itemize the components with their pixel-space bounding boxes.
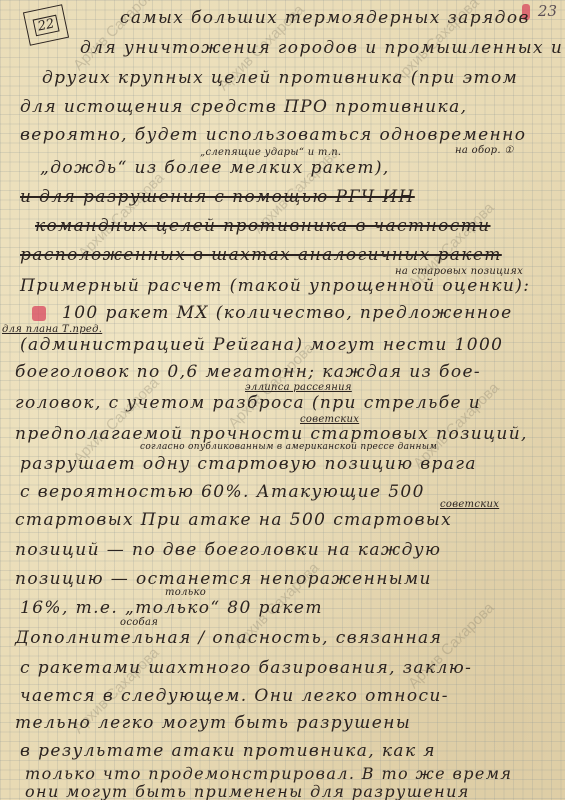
text-line: тельно легко могут быть разрушены: [15, 713, 411, 733]
text-line: позицию — останется непораженными: [15, 569, 432, 589]
text-line: для истощения средств ПРО противника,: [20, 97, 467, 117]
manuscript-page: Архив Сахарова Архив Сахарова Архив Саха…: [0, 0, 565, 800]
text-line: позиций — по две боеголовки на каждую: [15, 540, 441, 560]
struck-text-line: и для разрушения с помощью РГЧ ИН: [20, 187, 415, 207]
insertion-note: только: [165, 587, 206, 598]
text-line: головок, с учетом разброса (при стрельбе…: [15, 393, 481, 413]
insertion-note: эллипса рассеяния: [245, 382, 352, 393]
insertion-note: для плана Т.пред.: [2, 324, 102, 335]
text-line: только что продемонстрировал. В то же вр…: [25, 764, 512, 783]
text-line: Примерный расчет (такой упрощенной оценк…: [20, 276, 530, 296]
insertion-note: советских: [440, 499, 499, 510]
insertion-note: „слепящие удары“ и т.п.: [200, 147, 341, 158]
text-line: 100 ракет МХ (количество, предложенное: [62, 303, 513, 323]
text-line: с ракетами шахтного базирования, заклю-: [20, 658, 472, 678]
pink-stamp-mark: [32, 306, 46, 321]
text-line: предполагаемой прочности стартовых позиц…: [15, 424, 528, 444]
insertion-note: согласно опубликованным в американской п…: [140, 442, 437, 452]
text-line: боеголовок по 0,6 мегатонн; каждая из бо…: [15, 362, 481, 382]
text-line: Дополнительная / опасность, связанная: [15, 628, 442, 648]
boxed-page-number: 22: [23, 4, 69, 46]
struck-text-line: командных целей противника в частности: [35, 216, 491, 236]
page-number-text: 22: [32, 14, 60, 36]
struck-text-line: расположенных в шахтах аналогичных ракет: [20, 245, 502, 265]
text-line: самых больших термоядерных зарядов: [120, 8, 530, 28]
text-line: 16%, т.е. „только“ 80 ракет: [20, 598, 323, 618]
text-line: стартовых При атаке на 500 стартовых: [15, 510, 452, 530]
text-line: с вероятностью 60%. Атакующие 500: [20, 482, 425, 502]
text-line: они могут быть применены для разрушения: [25, 782, 470, 800]
insertion-note: на обор. ①: [455, 145, 514, 156]
archive-page-number: 23: [538, 2, 557, 20]
text-line: „дождь“ из более мелких ракет),: [40, 158, 390, 178]
text-line: для уничтожения городов и промышленных и: [80, 38, 563, 58]
text-line: (администрацией Рейгана) могут нести 100…: [20, 335, 503, 355]
text-line: вероятно, будет использоваться одновреме…: [20, 125, 526, 145]
text-line: других крупных целей противника (при это…: [42, 68, 518, 88]
insertion-note: особая: [120, 617, 158, 628]
text-line: разрушает одну стартовую позицию врага: [20, 454, 477, 474]
text-line: в результате атаки противника, как я: [20, 741, 436, 761]
text-line: чается в следующем. Они легко относи-: [20, 686, 449, 706]
